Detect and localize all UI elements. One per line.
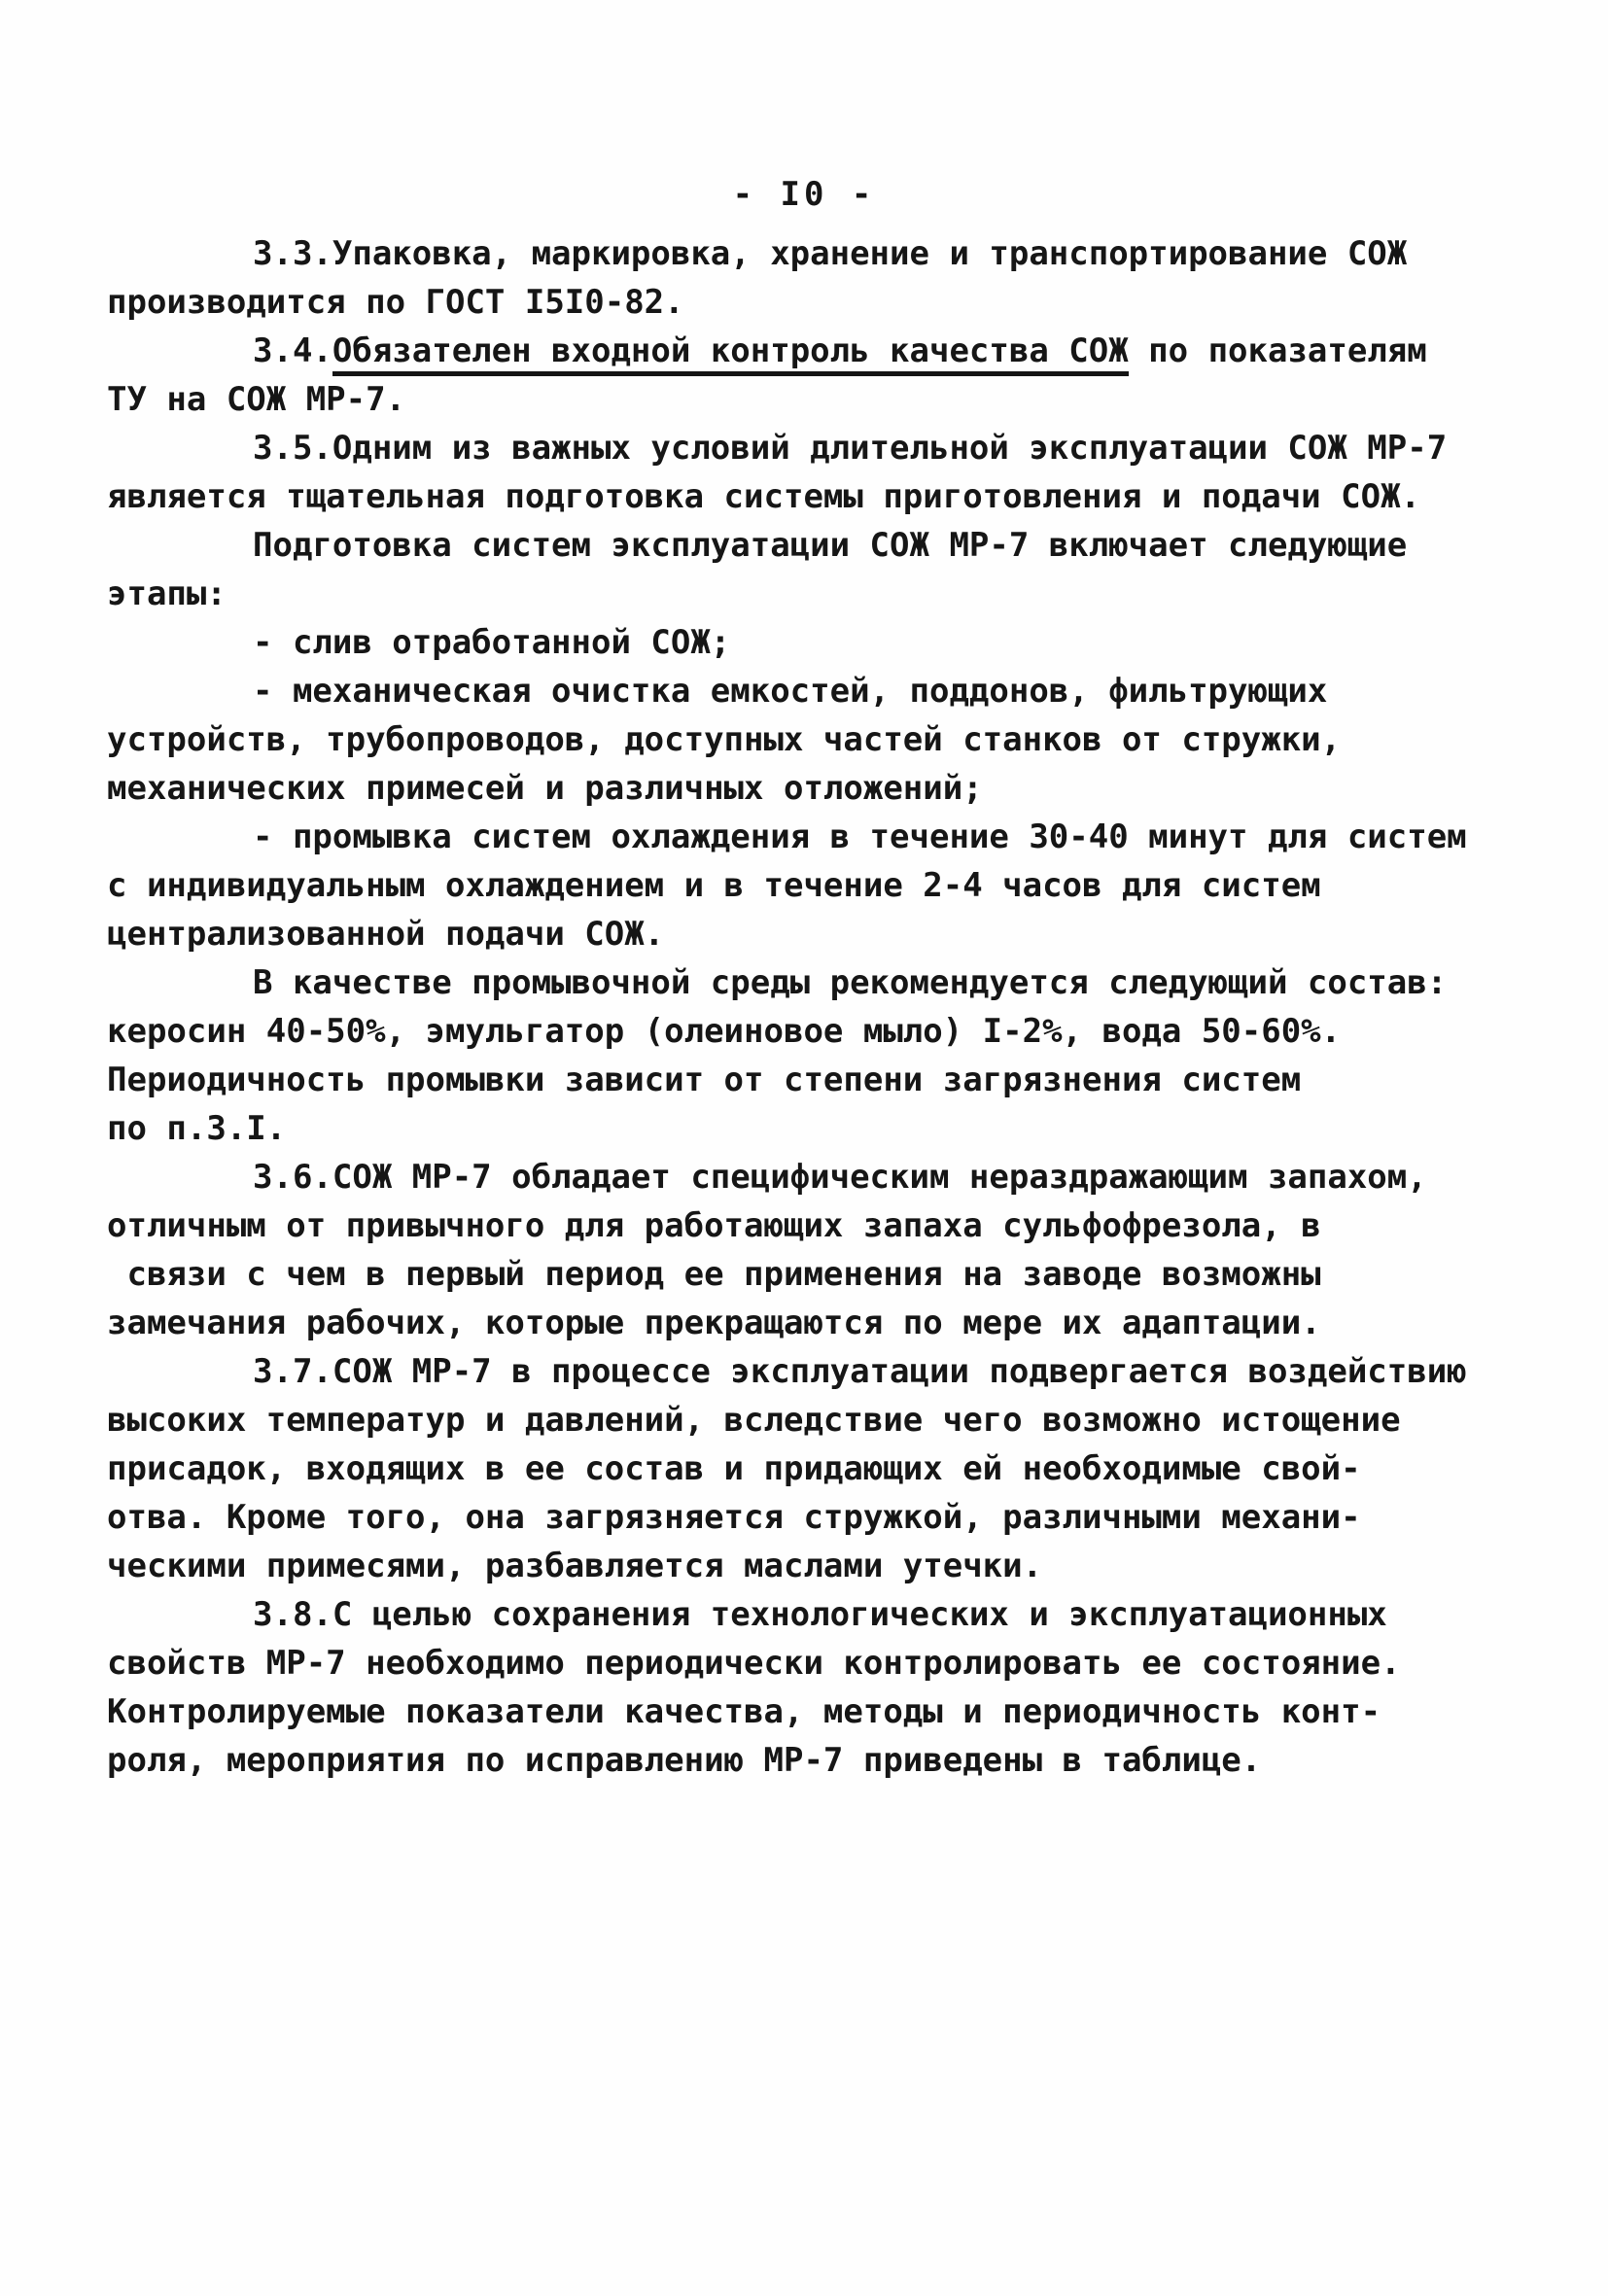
text-segment: механических примесей и различных отложе… bbox=[107, 769, 983, 808]
text-line: - слив отработанной СОЖ; bbox=[107, 618, 1487, 667]
text-segment: присадок, входящих в ее состав и придающ… bbox=[107, 1449, 1361, 1488]
text-segment: отва. Кроме того, она загрязняется струж… bbox=[107, 1498, 1361, 1537]
text-segment: по п.3.I. bbox=[107, 1109, 286, 1148]
text-line: механических примесей и различных отложе… bbox=[107, 764, 1487, 813]
text-segment: 3.3.Упаковка, маркировка, хранение и тра… bbox=[253, 234, 1407, 273]
text-segment: В качестве промывочной среды рекомендует… bbox=[253, 963, 1447, 1002]
text-line: - промывка систем охлаждения в течение 3… bbox=[107, 813, 1487, 861]
text-line: керосин 40-50%, эмульгатор (олеиновое мы… bbox=[107, 1007, 1487, 1056]
text-line: ческими примесями, разбавляется маслами … bbox=[107, 1542, 1487, 1590]
text-segment: производится по ГОСТ I5I0-82. bbox=[107, 283, 684, 322]
text-line: 3.5.Одним из важных условий длительной э… bbox=[107, 424, 1487, 472]
text-segment: ческими примесями, разбавляется маслами … bbox=[107, 1547, 1042, 1585]
text-line: связи с чем в первый период ее применени… bbox=[107, 1250, 1487, 1299]
text-line: замечания рабочих, которые прекращаются … bbox=[107, 1299, 1487, 1347]
text-line: В качестве промывочной среды рекомендует… bbox=[107, 958, 1487, 1007]
text-segment: отличным от привычного для работающих за… bbox=[107, 1206, 1321, 1245]
text-line: производится по ГОСТ I5I0-82. bbox=[107, 278, 1487, 327]
text-line: Периодичность промывки зависит от степен… bbox=[107, 1056, 1487, 1104]
text-line: устройств, трубопроводов, доступных част… bbox=[107, 715, 1487, 764]
text-line: высоких температур и давлений, вследстви… bbox=[107, 1396, 1487, 1444]
text-segment: ТУ на СОЖ МР-7. bbox=[107, 380, 405, 419]
text-line: свойств МР-7 необходимо периодически кон… bbox=[107, 1639, 1487, 1687]
text-line: 3.4.Обязателен входной контроль качества… bbox=[107, 327, 1487, 375]
text-segment: роля, мероприятия по исправлению МР-7 пр… bbox=[107, 1741, 1261, 1780]
text-segment: с индивидуальным охлаждением и в течение… bbox=[107, 866, 1321, 905]
text-segment: по показателям bbox=[1129, 331, 1427, 370]
text-segment: 3.4. bbox=[253, 331, 332, 370]
text-segment: является тщательная подготовка системы п… bbox=[107, 477, 1420, 516]
text-line: отва. Кроме того, она загрязняется струж… bbox=[107, 1493, 1487, 1542]
text-line: Подготовка систем эксплуатации СОЖ МР-7 … bbox=[107, 521, 1487, 570]
text-segment: централизованной подачи СОЖ. bbox=[107, 915, 664, 954]
text-line: 3.7.СОЖ МР-7 в процессе эксплуатации под… bbox=[107, 1347, 1487, 1396]
text-segment: - промывка систем охлаждения в течение 3… bbox=[253, 818, 1467, 856]
underlined-text: Обязателен входной контроль качества СОЖ bbox=[332, 331, 1129, 376]
text-line: отличным от привычного для работающих за… bbox=[107, 1201, 1487, 1250]
text-segment: связи с чем в первый период ее применени… bbox=[107, 1255, 1321, 1294]
text-segment: высоких температур и давлений, вследстви… bbox=[107, 1401, 1401, 1440]
text-segment: Периодичность промывки зависит от степен… bbox=[107, 1061, 1301, 1099]
page-number: - I0 - bbox=[0, 173, 1608, 216]
text-segment: керосин 40-50%, эмульгатор (олеиновое мы… bbox=[107, 1012, 1341, 1051]
text-segment: устройств, трубопроводов, доступных част… bbox=[107, 720, 1341, 759]
text-line: по п.3.I. bbox=[107, 1104, 1487, 1153]
text-line: - механическая очистка емкостей, поддоно… bbox=[107, 667, 1487, 715]
text-segment: 3.7.СОЖ МР-7 в процессе эксплуатации под… bbox=[253, 1352, 1467, 1391]
text-line: этапы: bbox=[107, 570, 1487, 618]
document-body: 3.3.Упаковка, маркировка, хранение и тра… bbox=[107, 229, 1487, 1785]
text-segment: замечания рабочих, которые прекращаются … bbox=[107, 1304, 1321, 1342]
document-page: - I0 - 3.3.Упаковка, маркировка, хранени… bbox=[0, 0, 1608, 2296]
text-segment: 3.8.С целью сохранения технологических и… bbox=[253, 1595, 1387, 1634]
text-line: 3.8.С целью сохранения технологических и… bbox=[107, 1590, 1487, 1639]
text-segment: - механическая очистка емкостей, поддоно… bbox=[253, 672, 1327, 711]
text-segment: свойств МР-7 необходимо периодически кон… bbox=[107, 1644, 1401, 1683]
text-segment: - слив отработанной СОЖ; bbox=[253, 623, 730, 662]
text-segment: Контролируемые показатели качества, мето… bbox=[107, 1692, 1381, 1731]
text-segment: Подготовка систем эксплуатации СОЖ МР-7 … bbox=[253, 526, 1407, 565]
text-segment: 3.6.СОЖ МР-7 обладает специфическим нера… bbox=[253, 1158, 1427, 1197]
text-line: 3.6.СОЖ МР-7 обладает специфическим нера… bbox=[107, 1153, 1487, 1201]
text-line: присадок, входящих в ее состав и придающ… bbox=[107, 1444, 1487, 1493]
text-segment: этапы: bbox=[107, 574, 227, 613]
text-line: является тщательная подготовка системы п… bbox=[107, 472, 1487, 521]
text-line: роля, мероприятия по исправлению МР-7 пр… bbox=[107, 1736, 1487, 1785]
text-line: ТУ на СОЖ МР-7. bbox=[107, 375, 1487, 424]
text-line: с индивидуальным охлаждением и в течение… bbox=[107, 861, 1487, 910]
text-line: 3.3.Упаковка, маркировка, хранение и тра… bbox=[107, 229, 1487, 278]
text-line: централизованной подачи СОЖ. bbox=[107, 910, 1487, 958]
text-line: Контролируемые показатели качества, мето… bbox=[107, 1687, 1487, 1736]
text-segment: 3.5.Одним из важных условий длительной э… bbox=[253, 429, 1447, 468]
